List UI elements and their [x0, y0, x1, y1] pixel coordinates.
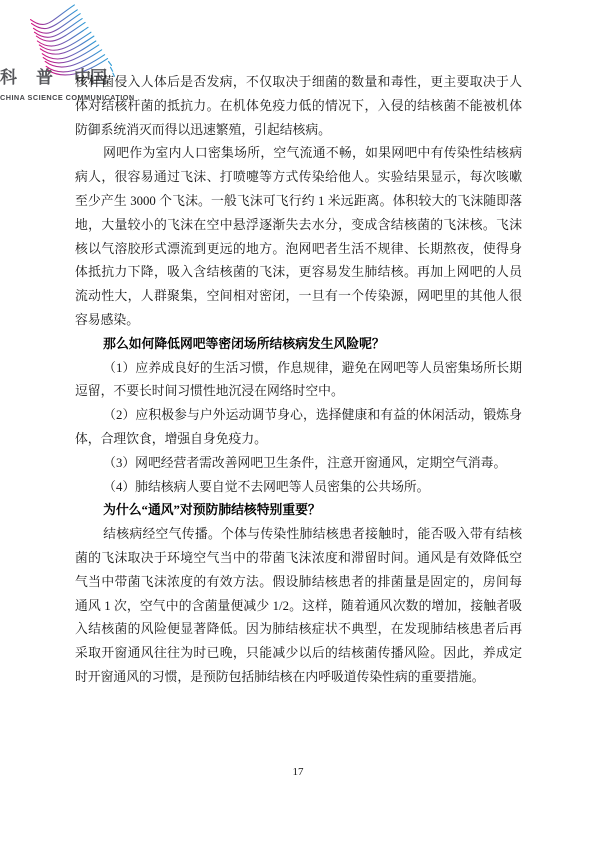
paragraph-internet-cafe-risk: 网吧作为室内人口密集场所，空气流通不畅，如果网吧中有传染性结核病病人，很容易通过…	[75, 142, 522, 332]
paragraph-ventilation-importance: 结核病经空气传播。个体与传染性肺结核患者接触时，能否吸入带有结核菌的飞沫取决于环…	[75, 523, 522, 690]
list-item-4-patient-awareness: （4）肺结核病人要自觉不去网吧等人员密集的公共场所。	[75, 476, 522, 500]
list-item-1-good-habits: （1）应养成良好的生活习惯，作息规律，避免在网吧等人员密集场所长期逗留，不要长时…	[75, 357, 522, 405]
document-body: 核杆菌侵入人体后是否发病，不仅取决于细菌的数量和毒性，更主要取决于人体对结核杆菌…	[75, 71, 522, 690]
list-item-3-cafe-hygiene: （3）网吧经营者需改善网吧卫生条件，注意开窗通风，定期空气消毒。	[75, 452, 522, 476]
heading-ventilation-question: 为什么“通风”对预防肺结核特别重要？	[75, 499, 522, 523]
logo-wordmark-char: 科	[0, 68, 17, 87]
document-page: 科普中国 CHINA SCIENCE COMMUNICATION 核杆菌侵入人体…	[0, 0, 596, 842]
list-item-2-outdoor-exercise: （2）应积极参与户外运动调节身心，选择健康和有益的休闲活动，锻炼身体，合理饮食，…	[75, 404, 522, 452]
page-number: 17	[0, 766, 596, 778]
paragraph-tb-infection-continued: 核杆菌侵入人体后是否发病，不仅取决于细菌的数量和毒性，更主要取决于人体对结核杆菌…	[75, 71, 522, 142]
logo-wordmark-char: 普	[36, 68, 53, 87]
heading-reduce-risk-question: 那么如何降低网吧等密闭场所结核病发生风险呢？	[75, 333, 522, 357]
